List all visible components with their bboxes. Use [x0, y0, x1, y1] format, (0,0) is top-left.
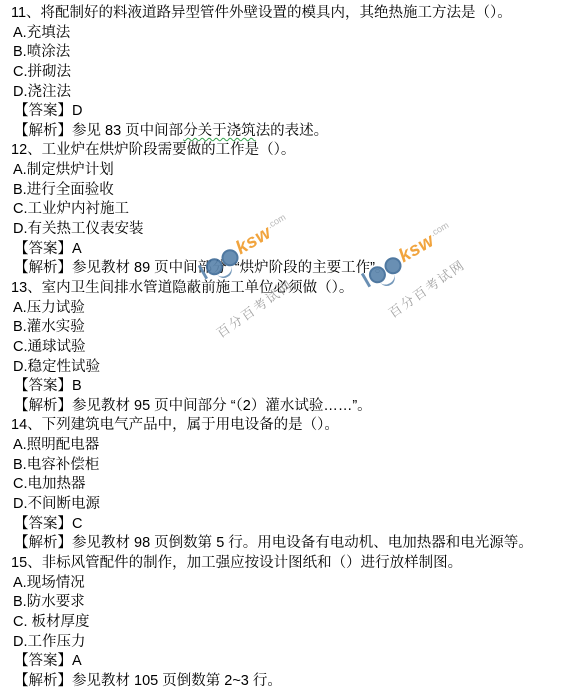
- question-13-option-a: A.压力试验: [11, 299, 558, 319]
- question-15-option-c: C. 板材厚度: [11, 613, 558, 633]
- analysis-text: 法的表述。: [256, 123, 329, 139]
- question-14-stem: 14、下列建筑电气产品中，属于用电设备的是（）。: [11, 416, 558, 436]
- question-15-option-b: B.防水要求: [11, 593, 558, 613]
- question-11-answer: 【答案】D: [11, 102, 558, 122]
- question-15-stem: 15、非标风管配件的制作，加工强应按设计图纸和（）进行放样制图。: [11, 554, 558, 574]
- question-12-option-a: A.制定烘炉计划: [11, 161, 558, 181]
- question-13-stem: 13、室内卫生间排水管道隐蔽前施工单位必须做（）。: [11, 279, 558, 299]
- question-13-option-b: B.灌水实验: [11, 318, 558, 338]
- question-13-analysis: 【解析】参见教材 95 页中间部分 “（2）灌水试验……”。: [11, 397, 558, 417]
- analysis-text: 【解析】参见教材 95 页中间部分 “（2）灌水试验……”。: [14, 398, 372, 414]
- question-11-option-a: A.充填法: [11, 24, 558, 44]
- question-13-answer: 【答案】B: [11, 377, 558, 397]
- question-14-option-d: D.不间断电源: [11, 495, 558, 515]
- question-14-answer: 【答案】C: [11, 515, 558, 535]
- question-12-option-c: C.工业炉内衬施工: [11, 200, 558, 220]
- question-12-analysis: 【解析】参见教材 89 页中间部分 “烘炉阶段的主要工作”。: [11, 259, 558, 279]
- question-13-option-c: C.通球试验: [11, 338, 558, 358]
- question-12-stem: 12、工业炉在烘炉阶段需要做的工作是（）。: [11, 141, 558, 161]
- question-15-answer: 【答案】A: [11, 652, 558, 672]
- question-12-option-b: B.进行全面验收: [11, 181, 558, 201]
- question-12-answer: 【答案】A: [11, 240, 558, 260]
- analysis-spellcheck-segment: 分关于浇筑: [183, 123, 256, 139]
- question-14-option-c: C.电加热器: [11, 475, 558, 495]
- analysis-text: 【解析】参见教材 98 页倒数第 5 行。用电设备有电动机、电加热器和电光源等。: [14, 535, 533, 551]
- question-11-option-c: C.拼砌法: [11, 63, 558, 83]
- question-15-option-a: A.现场情况: [11, 574, 558, 594]
- question-11-option-b: B.喷涂法: [11, 43, 558, 63]
- question-14-option-a: A.照明配电器: [11, 436, 558, 456]
- question-15-option-d: D.工作压力: [11, 633, 558, 653]
- question-12-option-d: D.有关热工仪表安装: [11, 220, 558, 240]
- analysis-text: 【解析】参见教材 105 页倒数第 2~3 行。: [14, 673, 282, 689]
- question-11-analysis: 【解析】参见 83 页中间部分关于浇筑法的表述。: [11, 122, 558, 142]
- question-13-option-d: D.稳定性试验: [11, 358, 558, 378]
- exam-document-page: 11、将配制好的料液道路异型管件外壁设置的模具内，其绝热施工方法是（）。 A.充…: [0, 0, 564, 692]
- question-15-analysis: 【解析】参见教材 105 页倒数第 2~3 行。: [11, 672, 558, 692]
- question-14-option-b: B.电容补偿柜: [11, 456, 558, 476]
- analysis-text: 【解析】参见教材 89 页中间部分 “烘炉阶段的主要工作”。: [14, 260, 389, 276]
- question-11-option-d: D.浇注法: [11, 83, 558, 103]
- analysis-text: 【解析】参见 83 页中间部: [14, 123, 183, 139]
- question-11-stem: 11、将配制好的料液道路异型管件外壁设置的模具内，其绝热施工方法是（）。: [11, 4, 558, 24]
- question-14-analysis: 【解析】参见教材 98 页倒数第 5 行。用电设备有电动机、电加热器和电光源等。: [11, 534, 558, 554]
